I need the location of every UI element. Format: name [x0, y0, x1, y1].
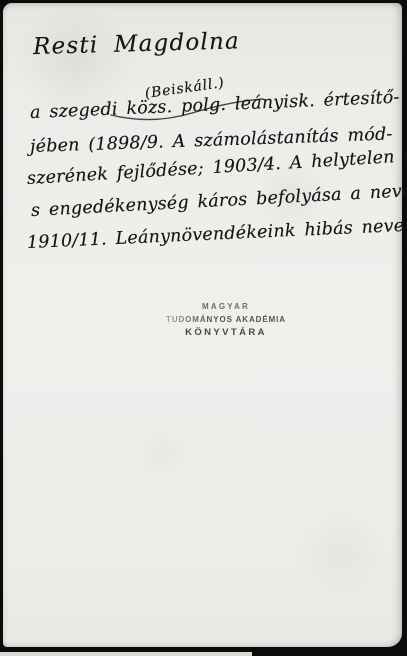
handwritten-name: Resti Magdolna — [33, 28, 241, 60]
library-stamp: MAGYAR TUDOMÁNYOS AKADÉMIA KÖNYVTÁRA — [151, 300, 301, 339]
scan-edge-sliver — [0, 652, 252, 656]
scanned-catalog-card: Resti Magdolna (Beiskáll.) a szegedi köz… — [0, 0, 407, 656]
stamp-line: MAGYAR — [151, 300, 301, 313]
paper-card: Resti Magdolna (Beiskáll.) a szegedi köz… — [3, 3, 402, 647]
stamp-line: TUDOMÁNYOS AKADÉMIA — [151, 313, 301, 326]
stamp-line: KÖNYVTÁRA — [151, 326, 301, 339]
handwritten-line: 1910/11. Leánynövendékeink hibás nevelés… — [27, 213, 407, 253]
